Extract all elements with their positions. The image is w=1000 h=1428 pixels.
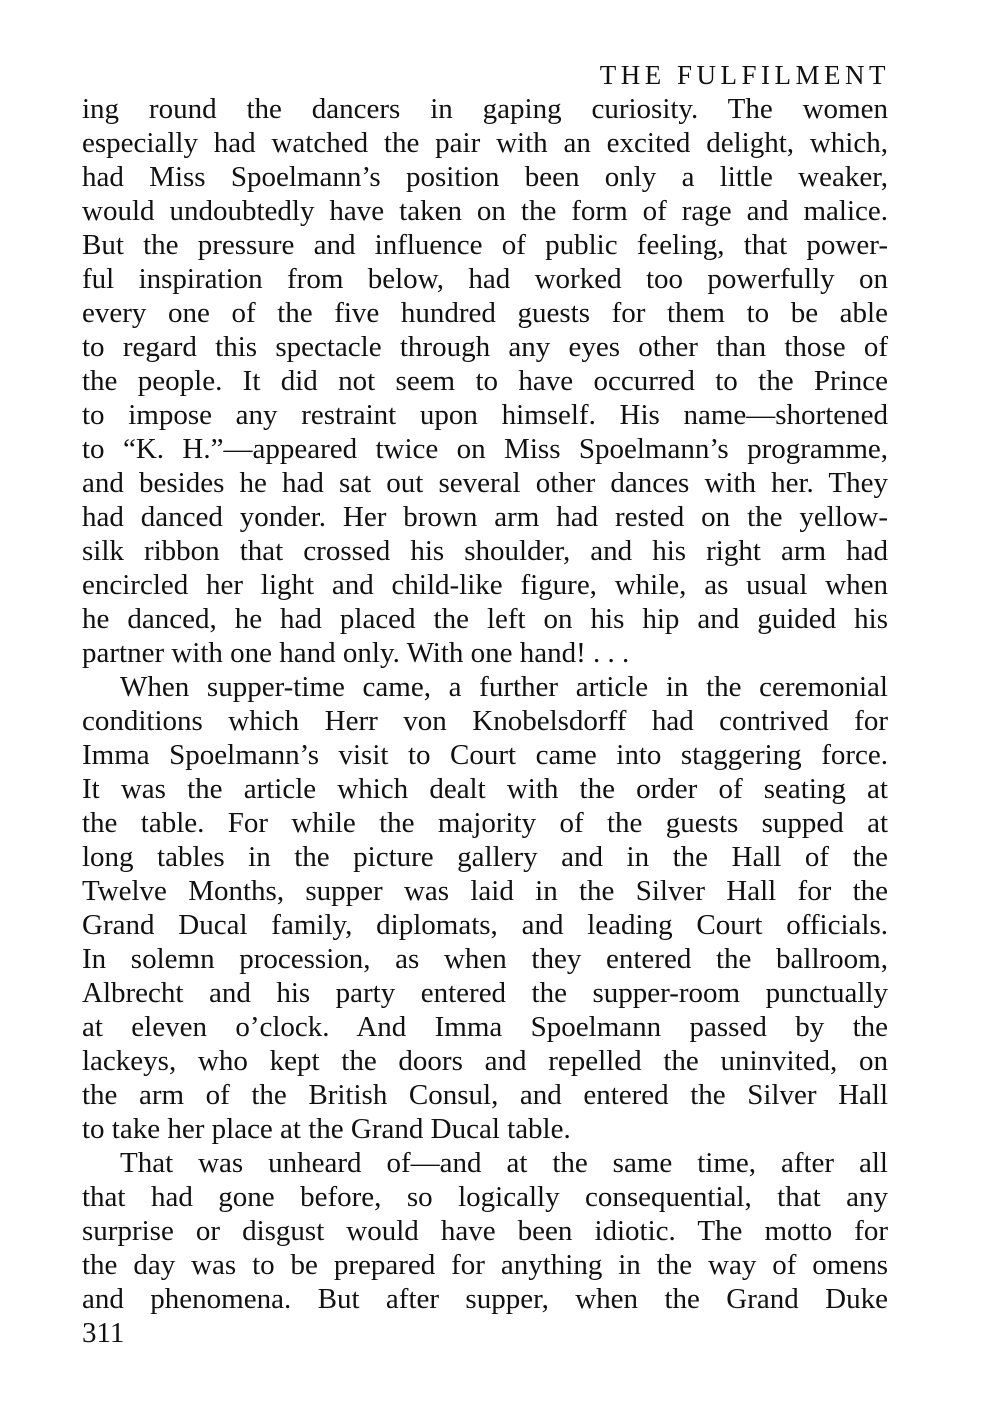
text-line: that had gone before, so logically conse… (82, 1180, 888, 1214)
text-line: conditions which Herr von Knobelsdorff h… (82, 704, 888, 738)
text-line: would undoubtedly have taken on the form… (82, 194, 888, 228)
text-line: had Miss Spoelmann’s position been only … (82, 160, 888, 194)
text-line: to impose any restraint upon himself. Hi… (82, 398, 888, 432)
text-line: Grand Ducal family, diplomats, and leadi… (82, 908, 888, 942)
text-line: In solemn procession, as when they enter… (82, 942, 888, 976)
text-line: the table. For while the majority of the… (82, 806, 888, 840)
text-line: But the pressure and influence of public… (82, 228, 888, 262)
text-line: the people. It did not seem to have occu… (82, 364, 888, 398)
text-line: surprise or disgust would have been idio… (82, 1214, 888, 1248)
text-line: Imma Spoelmann’s visit to Court came int… (82, 738, 888, 772)
paragraph-2: When supper-time came, a further article… (82, 670, 888, 1146)
text-line: especially had watched the pair with an … (82, 126, 888, 160)
book-page: THE FULFILMENT ing round the dancers in … (82, 58, 888, 1350)
text-line: ing round the dancers in gaping curiosit… (82, 92, 888, 126)
text-line: That was unheard of—and at the same time… (82, 1146, 888, 1180)
paragraph-3: That was unheard of—and at the same time… (82, 1146, 888, 1316)
text-line: the arm of the British Consul, and enter… (82, 1078, 888, 1112)
text-line: long tables in the picture gallery and i… (82, 840, 888, 874)
text-line: lackeys, who kept the doors and repelled… (82, 1044, 888, 1078)
text-line: and besides he had sat out several other… (82, 466, 888, 500)
page-number: 311 (82, 1316, 888, 1350)
text-line: When supper-time came, a further article… (82, 670, 888, 704)
running-head: THE FULFILMENT (82, 58, 890, 92)
text-line: It was the article which dealt with the … (82, 772, 888, 806)
text-line: Twelve Months, supper was laid in the Si… (82, 874, 888, 908)
text-line: silk ribbon that crossed his shoulder, a… (82, 534, 888, 568)
paragraph-1: ing round the dancers in gaping curiosit… (82, 92, 888, 670)
text-line: had danced yonder. Her brown arm had res… (82, 500, 888, 534)
text-line: to take her place at the Grand Ducal tab… (82, 1112, 888, 1146)
text-line: and phenomena. But after supper, when th… (82, 1282, 888, 1316)
text-line: he danced, he had placed the left on his… (82, 602, 888, 636)
text-line: at eleven o’clock. And Imma Spoelmann pa… (82, 1010, 888, 1044)
text-line: every one of the five hundred guests for… (82, 296, 888, 330)
text-line: Albrecht and his party entered the suppe… (82, 976, 888, 1010)
text-line: the day was to be prepared for anything … (82, 1248, 888, 1282)
text-line: ful inspiration from below, had worked t… (82, 262, 888, 296)
text-line: to regard this spectacle through any eye… (82, 330, 888, 364)
text-line: partner with one hand only. With one han… (82, 636, 888, 670)
text-line: to “K. H.”—appeared twice on Miss Spoelm… (82, 432, 888, 466)
text-line: encircled her light and child-like figur… (82, 568, 888, 602)
